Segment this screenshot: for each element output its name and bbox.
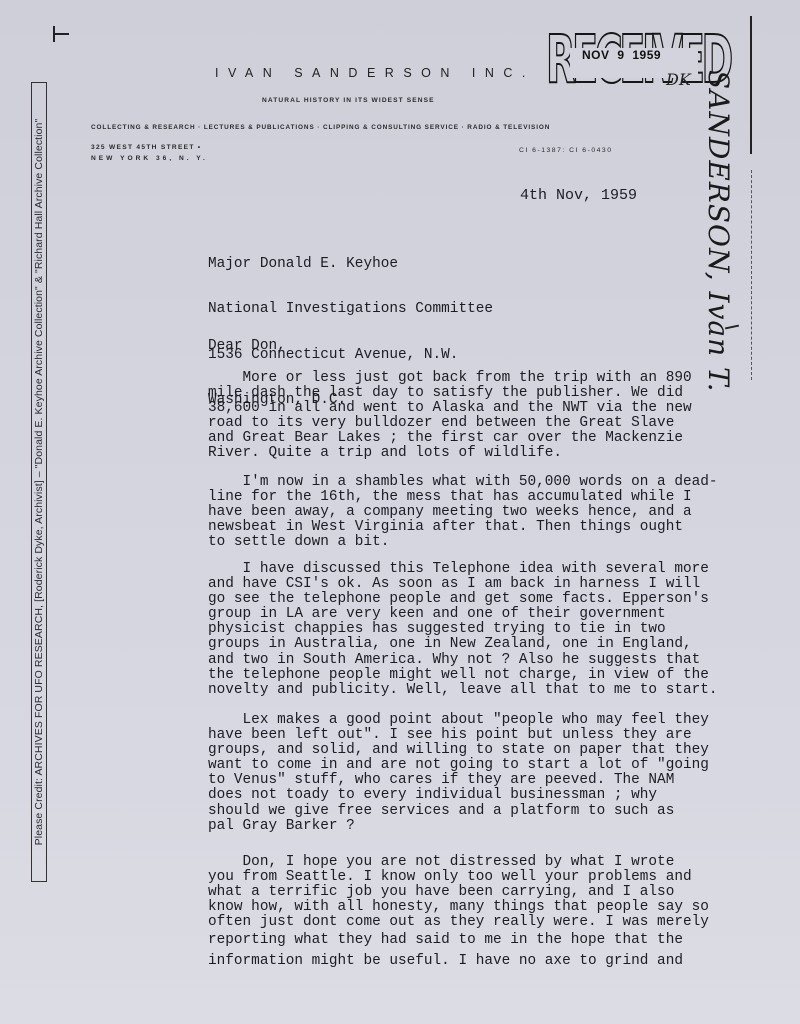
salutation: Dear Don, (208, 339, 286, 354)
letterhead-phone: CI 6-1387: CI 6-0430 (519, 147, 612, 154)
received-stamp: RECEIVED NOV 9 1959 DK (546, 12, 714, 102)
letter-line: to settle down a bit. (208, 535, 718, 550)
margin-mark-icon (53, 26, 55, 42)
letter-line: group in LA are very keen and one of the… (208, 607, 718, 622)
letterhead-services: COLLECTING & RESEARCH · LECTURES & PUBLI… (91, 124, 550, 131)
letterhead-address-line1: 325 WEST 45TH STREET • (91, 144, 201, 151)
letter-line: novelty and publicity. Well, leave all t… (208, 683, 718, 698)
letter-line: newsbeat in West Virginia after that. Th… (208, 520, 718, 535)
recipient-line: National Investigations Committee (208, 302, 493, 317)
letter-line: More or less just got back from the trip… (208, 371, 692, 386)
paragraph-1: More or less just got back from the trip… (208, 371, 692, 462)
letter-line: the telephone people might well not char… (208, 668, 718, 683)
letter-line: pal Gray Barker ? (208, 819, 709, 834)
paragraph-2: I'm now in a shambles what with 50,000 w… (208, 475, 718, 550)
letter-line: should we give free services and a platf… (208, 804, 709, 819)
letter-page: Please Credit: ARCHIVES FOR UFO RESEARCH… (0, 0, 800, 1024)
letter-line: know how, with all honesty, many things … (208, 900, 709, 915)
letter-line: have been left out". I see his point but… (208, 728, 709, 743)
paragraph-4: Lex makes a good point about "people who… (208, 713, 709, 834)
letter-line: groups, and solid, and willing to state … (208, 743, 709, 758)
letter-line: you from Seattle. I know only too well y… (208, 870, 709, 885)
letter-date: 4th Nov, 1959 (520, 188, 637, 203)
letter-line: River. Quite a trip and lots of wildlife… (208, 446, 692, 461)
stamp-date: NOV 9 1959 (582, 48, 661, 62)
letter-line: road to its very bulldozer end between t… (208, 416, 692, 431)
letterhead-tagline: NATURAL HISTORY IN ITS WIDEST SENSE (262, 97, 435, 104)
letter-line: have been away, a company meeting two we… (208, 505, 718, 520)
letter-line: to Venus" stuff, who cares if they are p… (208, 773, 709, 788)
letter-line: mile dash the last day to satisfy the pu… (208, 386, 692, 401)
paragraph-3: I have discussed this Telephone idea wit… (208, 562, 718, 698)
letter-line: go see the telephone people and get some… (208, 592, 718, 607)
archive-credit-text: Please Credit: ARCHIVES FOR UFO RESEARCH… (33, 119, 45, 846)
recipient-line: Major Donald E. Keyhoe (208, 257, 493, 272)
letter-line: and two in South America. Why not ? Also… (208, 653, 718, 668)
letter-line: does not toady to every individual busin… (208, 788, 709, 803)
letter-line: want to come in and are not going to sta… (208, 758, 709, 773)
handwritten-annotation: SANDERSON, Ivan T. (702, 70, 735, 393)
margin-rule (750, 16, 752, 154)
letter-line: groups in Australia, one in New Zealand,… (208, 637, 718, 652)
letterhead-address-line2: NEW YORK 36, N. Y. (91, 155, 208, 162)
margin-rule-dashed (751, 170, 752, 380)
letter-line: reporting what they had said to me in th… (208, 930, 709, 951)
letter-line: and have CSI's ok. As soon as I am back … (208, 577, 718, 592)
letter-line: information might be useful. I have no a… (208, 951, 709, 972)
letter-line: I'm now in a shambles what with 50,000 w… (208, 475, 718, 490)
letter-line: and Great Bear Lakes ; the first car ove… (208, 431, 692, 446)
letter-line: often just dont come out as they really … (208, 915, 709, 930)
letterhead-company: IVAN SANDERSON INC. (215, 66, 525, 80)
stamp-initials: DK (666, 70, 691, 89)
letter-line: 38,600 in all and went to Alaska and the… (208, 401, 692, 416)
paragraph-5: Don, I hope you are not distressed by wh… (208, 855, 709, 972)
letter-line: Lex makes a good point about "people who… (208, 713, 709, 728)
letter-line: what a terrific job you have been carryi… (208, 885, 709, 900)
letter-line: physicist chappies has suggested trying … (208, 622, 718, 637)
letter-line: Don, I hope you are not distressed by wh… (208, 855, 709, 870)
letter-line: line for the 16th, the mess that has acc… (208, 490, 718, 505)
letter-line: I have discussed this Telephone idea wit… (208, 562, 718, 577)
